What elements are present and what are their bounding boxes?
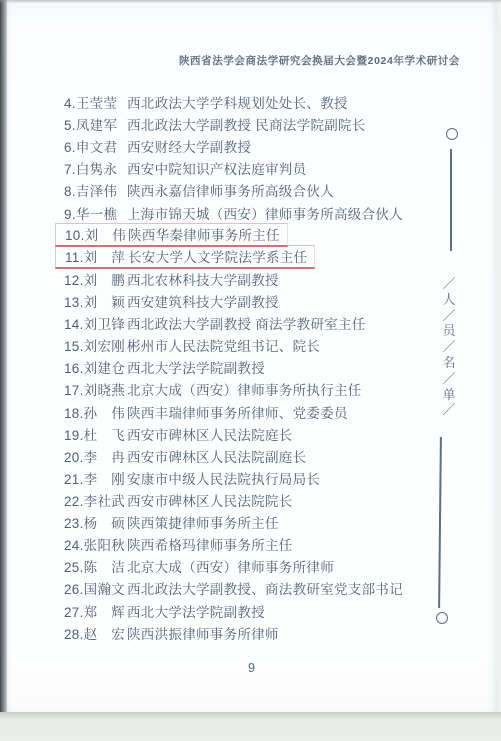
list-item: 25.陈 洁北京大成（西安）律师事务所律师: [64, 555, 424, 577]
list-item-content: 9.华一樵上海市锦天城（西安）律师事务所高级合伙人: [64, 203, 403, 223]
item-title: 西北政法大学学科规划处处长、教授: [127, 92, 348, 112]
list-item-content: 5.凤建军西北政法大学副教授 民商法学院副院长: [64, 114, 366, 134]
item-title: 陕西华秦律师事务所主任: [128, 224, 280, 244]
list-item-content: 21.李 刚安康市中级人民法院执行局局长: [64, 468, 320, 488]
margin-circle-top: [446, 128, 458, 140]
side-tab-char: ／: [442, 402, 455, 418]
list-item-content: 25.陈 洁北京大成（西安）律师事务所律师: [64, 556, 334, 576]
side-tab-char: 名: [442, 355, 455, 371]
list-item-content: 14.刘卫锋西北政法大学副教授 商法学教研室主任: [64, 313, 366, 333]
list-item-content: 24.张阳秋陕西希格玛律师事务所主任: [64, 534, 293, 554]
item-title: 北京大成（西安）律师事务所律师: [127, 556, 334, 576]
item-number-and-name: 27.郑 辉: [64, 601, 127, 621]
item-title: 彬州市人民法院党组书记、院长: [127, 335, 320, 355]
item-title: 西北农林科技大学副教授: [127, 269, 279, 289]
item-title: 陕西希格玛律师事务所主任: [127, 534, 293, 554]
side-tab-char: ／: [442, 339, 455, 355]
list-item: 11.刘 萍长安大学人文学院法学系主任: [64, 246, 424, 268]
list-item: 27.郑 辉西北大学法学院副教授: [64, 600, 424, 622]
item-title: 西安市碑林区人民法院副庭长: [127, 446, 306, 466]
side-tab-char: ／: [442, 308, 455, 324]
list-item: 26.国瀚文西北政法大学副教授、商法教研室党支部书记: [64, 577, 424, 599]
item-number-and-name: 9.华一樵: [64, 203, 127, 223]
item-title: 长安大学人文学院法学系主任: [128, 246, 307, 266]
list-item-content: 10.刘 伟陕西华秦律师事务所主任: [55, 223, 288, 247]
scan-top-edge: [0, 0, 501, 3]
item-number-and-name: 11.刘 萍: [65, 246, 128, 266]
side-tab-char: 人: [442, 292, 455, 308]
item-number-and-name: 18.孙 伟: [64, 402, 127, 422]
item-number-and-name: 7.白隽永: [64, 158, 127, 178]
list-item-content: 28.赵 宏陕西洪振律师事务所律师: [64, 623, 279, 643]
item-number-and-name: 21.李 刚: [64, 468, 127, 488]
list-item: 24.张阳秋陕西希格玛律师事务所主任: [64, 533, 424, 555]
list-item: 17.刘晓燕北京大成（西安）律师事务所执行主任: [64, 378, 424, 400]
item-number-and-name: 4.王莹莹: [64, 92, 127, 112]
list-item: 28.赵 宏陕西洪振律师事务所律师: [64, 622, 424, 644]
item-title: 西北大学法学院副教授: [127, 357, 265, 377]
item-title: 西安市碑林区人民法院庭长: [127, 424, 293, 444]
list-item-content: 8.吉泽伟陕西永嘉信律师事务所高级合伙人: [64, 180, 334, 200]
item-number-and-name: 24.张阳秋: [64, 534, 127, 554]
item-number-and-name: 20.李 冉: [64, 446, 127, 466]
item-number-and-name: 17.刘晓燕: [64, 379, 127, 399]
list-item: 19.杜 飞西安市碑林区人民法院庭长: [64, 423, 424, 445]
item-title: 陕西丰瑞律师事务所律师、党委委员: [127, 402, 348, 422]
item-title: 西安建筑科技大学副教授: [127, 291, 279, 311]
item-number-and-name: 8.吉泽伟: [64, 180, 127, 200]
list-item: 4.王莹莹西北政法大学学科规划处处长、教授: [64, 91, 424, 113]
item-title: 西北大学法学院副教授: [127, 601, 265, 621]
list-item: 7.白隽永西安中院知识产权法庭审判员: [64, 157, 424, 179]
item-title: 西安中院知识产权法庭审判员: [127, 158, 306, 178]
item-title: 上海市锦天城（西安）律师事务所高级合伙人: [127, 203, 403, 223]
list-item-content: 13.刘 颖西安建筑科技大学副教授: [64, 291, 279, 311]
side-tab-char: 员: [442, 323, 455, 339]
list-item: 16.刘建仓西北大学法学院副教授: [64, 356, 424, 378]
margin-circle-bottom: [436, 612, 448, 624]
item-number-and-name: 12.刘 鹏: [64, 269, 127, 289]
item-title: 北京大成（西安）律师事务所执行主任: [127, 379, 362, 399]
list-item-content: 4.王莹莹西北政法大学学科规划处处长、教授: [64, 92, 348, 112]
list-item: 23.杨 硕陕西策捷律师事务所主任: [64, 511, 424, 533]
item-title: 陕西策捷律师事务所主任: [127, 512, 279, 532]
list-item-content: 26.国瀚文西北政法大学副教授、商法教研室党支部书记: [64, 578, 403, 598]
item-number-and-name: 14.刘卫锋: [64, 313, 127, 333]
list-item: 21.李 刚安康市中级人民法院执行局局长: [64, 467, 424, 489]
item-title: 安康市中级人民法院执行局局长: [127, 468, 320, 488]
item-title: 西北政法大学副教授 民商法学院副院长: [127, 114, 366, 134]
list-item: 6.申文君西安财经大学副教授: [64, 135, 424, 157]
item-title: 西安市碑林区人民法院院长: [127, 490, 293, 510]
list-item-content: 27.郑 辉西北大学法学院副教授: [64, 601, 265, 621]
item-number-and-name: 25.陈 洁: [64, 556, 127, 576]
list-item: 12.刘 鹏西北农林科技大学副教授: [64, 268, 424, 290]
list-item: 18.孙 伟陕西丰瑞律师事务所律师、党委委员: [64, 401, 424, 423]
list-item-content: 16.刘建仓西北大学法学院副教授: [64, 357, 265, 377]
scan-bottom-band: [0, 712, 501, 741]
item-number-and-name: 19.杜 飞: [64, 424, 127, 444]
list-item: 10.刘 伟陕西华秦律师事务所主任: [64, 224, 424, 246]
list-item-content: 19.杜 飞西安市碑林区人民法院庭长: [64, 424, 293, 444]
item-number-and-name: 22.李社武: [64, 490, 127, 510]
list-item-content: 11.刘 萍长安大学人文学院法学系主任: [55, 245, 315, 269]
page-header: 陕西省法学会商法学研究会换届大会暨2024年学术研讨会: [179, 53, 460, 68]
item-title: 西安财经大学副教授: [127, 136, 251, 156]
list-item: 8.吉泽伟陕西永嘉信律师事务所高级合伙人: [64, 179, 424, 201]
item-title: 西北政法大学副教授、商法教研室党支部书记: [127, 578, 403, 598]
list-item-content: 22.李社武西安市碑林区人民法院院长: [64, 490, 293, 510]
list-item-content: 23.杨 硕陕西策捷律师事务所主任: [64, 512, 279, 532]
list-item: 15.刘宏刚彬州市人民法院党组书记、院长: [64, 334, 424, 356]
list-item-content: 17.刘晓燕北京大成（西安）律师事务所执行主任: [64, 379, 362, 399]
list-item: 9.华一樵上海市锦天城（西安）律师事务所高级合伙人: [64, 202, 424, 224]
list-item: 20.李 冉西安市碑林区人民法院副庭长: [64, 445, 424, 467]
item-number-and-name: 10.刘 伟: [65, 224, 128, 244]
item-title: 陕西永嘉信律师事务所高级合伙人: [127, 180, 334, 200]
side-tab-char: 单: [442, 387, 455, 403]
scan-left-edge: [0, 0, 7, 741]
list-item: 13.刘 颖西安建筑科技大学副教授: [64, 290, 424, 312]
scanned-page: 陕西省法学会商法学研究会换届大会暨2024年学术研讨会 4.王莹莹西北政法大学学…: [0, 0, 501, 741]
page-number: 9: [6, 661, 497, 675]
list-item: 14.刘卫锋西北政法大学副教授 商法学教研室主任: [64, 312, 424, 334]
item-number-and-name: 13.刘 颖: [64, 291, 127, 311]
margin-rule-top: [450, 149, 452, 251]
item-title: 陕西洪振律师事务所律师: [127, 623, 279, 643]
item-number-and-name: 23.杨 硕: [64, 512, 127, 532]
item-number-and-name: 16.刘建仓: [64, 357, 127, 377]
list-item-content: 15.刘宏刚彬州市人民法院党组书记、院长: [64, 335, 320, 355]
list-item-content: 12.刘 鹏西北农林科技大学副教授: [64, 269, 279, 289]
item-number-and-name: 6.申文君: [64, 136, 127, 156]
list-item-content: 6.申文君西安财经大学副教授: [64, 136, 251, 156]
side-tab-char: ／: [442, 371, 455, 387]
item-number-and-name: 26.国瀚文: [64, 578, 127, 598]
personnel-list: 4.王莹莹西北政法大学学科规划处处长、教授5.凤建军西北政法大学副教授 民商法学…: [64, 91, 424, 644]
list-item-content: 20.李 冉西安市碑林区人民法院副庭长: [64, 446, 306, 466]
item-number-and-name: 28.赵 宏: [64, 623, 127, 643]
list-item: 22.李社武西安市碑林区人民法院院长: [64, 489, 424, 511]
list-item: 5.凤建军西北政法大学副教授 民商法学院副院长: [64, 113, 424, 135]
list-item-content: 7.白隽永西安中院知识产权法庭审判员: [64, 158, 306, 178]
item-title: 西北政法大学副教授 商法学教研室主任: [127, 313, 366, 333]
item-number-and-name: 15.刘宏刚: [64, 335, 127, 355]
item-number-and-name: 5.凤建军: [64, 114, 127, 134]
side-tab-personnel-list: ／人／员／名／单／: [440, 276, 458, 418]
list-item-content: 18.孙 伟陕西丰瑞律师事务所律师、党委委员: [64, 402, 348, 422]
side-tab-char: ／: [442, 276, 455, 292]
